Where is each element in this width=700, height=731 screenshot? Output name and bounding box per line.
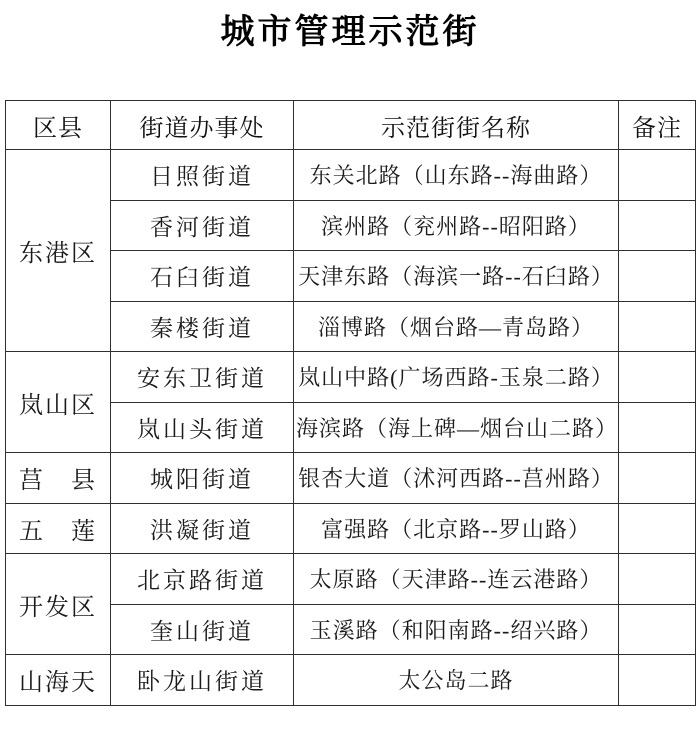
street-cell: 太公岛二路 (294, 655, 619, 706)
remark-cell (619, 301, 696, 352)
header-row: 区县 街道办事处 示范街街名称 备注 (6, 101, 696, 150)
street-cell: 海滨路（海上碑—烟台山二路） (294, 402, 619, 453)
district-cell-juxian: 莒 县 (6, 453, 111, 504)
district-cell-wulian: 五 莲 (6, 503, 111, 554)
remark-cell (619, 352, 696, 403)
demo-street-table: 区县 街道办事处 示范街街名称 备注 东港区 日照街道 东关北路（山东路--海曲… (5, 100, 696, 706)
remark-cell (619, 655, 696, 706)
street-cell: 东关北路（山东路--海曲路） (294, 150, 619, 201)
district-cell-shanhaitian: 山海天 (6, 655, 111, 706)
office-cell: 洪凝街道 (111, 503, 294, 554)
remark-cell (619, 604, 696, 655)
table-row: 岚山区 安东卫街道 岚山中路(广场西路-玉泉二路） (6, 352, 696, 403)
header-district: 区县 (6, 101, 111, 150)
remark-cell (619, 554, 696, 605)
street-cell: 天津东路（海滨一路--石臼路） (294, 251, 619, 302)
table-row: 开发区 北京路街道 太原路（天津路--连云港路） (6, 554, 696, 605)
table-row: 莒 县 城阳街道 银杏大道（沭河西路--莒州路） (6, 453, 696, 504)
district-cell-lanshan: 岚山区 (6, 352, 111, 453)
table-row: 五 莲 洪凝街道 富强路（北京路--罗山路） (6, 503, 696, 554)
office-cell: 秦楼街道 (111, 301, 294, 352)
district-cell-donggang: 东港区 (6, 150, 111, 352)
office-cell: 卧龙山街道 (111, 655, 294, 706)
table-row: 东港区 日照街道 东关北路（山东路--海曲路） (6, 150, 696, 201)
remark-cell (619, 453, 696, 504)
office-cell: 石臼街道 (111, 251, 294, 302)
street-cell: 太原路（天津路--连云港路） (294, 554, 619, 605)
street-cell: 富强路（北京路--罗山路） (294, 503, 619, 554)
header-remark: 备注 (619, 101, 696, 150)
office-cell: 香河街道 (111, 200, 294, 251)
remark-cell (619, 503, 696, 554)
header-office: 街道办事处 (111, 101, 294, 150)
office-cell: 北京路街道 (111, 554, 294, 605)
remark-cell (619, 150, 696, 201)
district-cell-kaifaqu: 开发区 (6, 554, 111, 655)
street-cell: 滨州路（兖州路--昭阳路） (294, 200, 619, 251)
office-cell: 城阳街道 (111, 453, 294, 504)
office-cell: 日照街道 (111, 150, 294, 201)
header-street-name: 示范街街名称 (294, 101, 619, 150)
table-row: 山海天 卧龙山街道 太公岛二路 (6, 655, 696, 706)
street-cell: 玉溪路（和阳南路--绍兴路） (294, 604, 619, 655)
street-cell: 银杏大道（沭河西路--莒州路） (294, 453, 619, 504)
office-cell: 岚山头街道 (111, 402, 294, 453)
office-cell: 奎山街道 (111, 604, 294, 655)
street-cell: 岚山中路(广场西路-玉泉二路） (294, 352, 619, 403)
office-cell: 安东卫街道 (111, 352, 294, 403)
remark-cell (619, 251, 696, 302)
remark-cell (619, 402, 696, 453)
street-cell: 淄博路（烟台路—青岛路） (294, 301, 619, 352)
page-title: 城市管理示范街 (0, 0, 700, 53)
remark-cell (619, 200, 696, 251)
